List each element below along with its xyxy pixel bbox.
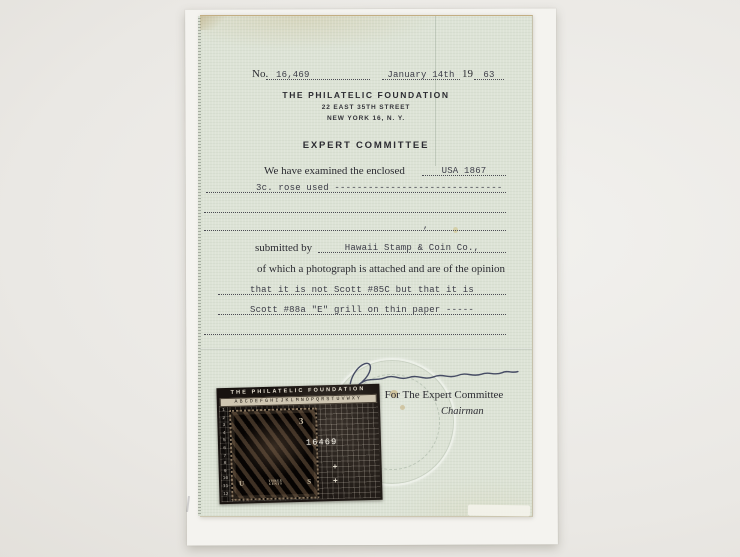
blank-form-line	[204, 312, 506, 335]
date-value: January 14th	[387, 70, 454, 80]
stamp-bottom-lettering: U THREE CENTS S	[239, 478, 311, 488]
certificate-number-line: 16,469	[266, 57, 370, 80]
submitted-by-label: submitted by	[255, 242, 312, 254]
stamp-banner: THREE CENTS	[268, 479, 282, 487]
organization-name: THE PHILATELIC FOUNDATION	[200, 90, 532, 100]
photo-certificate-number: 16469	[306, 437, 338, 448]
year-line: 63	[474, 57, 504, 80]
committee-heading: EXPERT COMMITTEE	[200, 140, 532, 151]
year-prefix-label: 19	[462, 68, 473, 80]
stamp-corner-left: U	[239, 480, 244, 488]
scanned-certificate-photo: No. 16,469 January 14th 19 63 THE PHILAT…	[0, 0, 740, 557]
register-cross-mark: +	[333, 463, 338, 471]
organization-address-street: 22 EAST 35TH STREET	[200, 104, 532, 111]
chairman-title: Chairman	[441, 406, 484, 417]
submitted-by-value: Hawaii Stamp & Coin Co.,	[345, 243, 479, 253]
year-value: 63	[483, 70, 494, 80]
blank-form-line: ,	[204, 209, 506, 231]
certificate-paper: No. 16,469 January 14th 19 63 THE PHILAT…	[200, 15, 533, 517]
date-line: January 14th	[382, 57, 460, 80]
certificate-number-value: 16,469	[276, 70, 310, 80]
register-cross-mark: +	[333, 477, 338, 485]
bottom-edge-patch	[468, 505, 530, 517]
stamp-image: 3 U THREE CENTS S	[229, 407, 320, 500]
signature-caption: For The Expert Committee	[378, 389, 510, 401]
organization-address-city: NEW YORK 16, N. Y.	[200, 115, 532, 122]
corner-fold	[200, 16, 230, 30]
stamp-corner-right: S	[307, 478, 311, 486]
submitted-by-line: Hawaii Stamp & Coin Co.,	[318, 230, 506, 253]
stamp-photograph: THE PHILATELIC FOUNDATION ABCDEFGHIJKLMN…	[216, 384, 382, 505]
stamp-denomination: 3	[299, 416, 304, 426]
